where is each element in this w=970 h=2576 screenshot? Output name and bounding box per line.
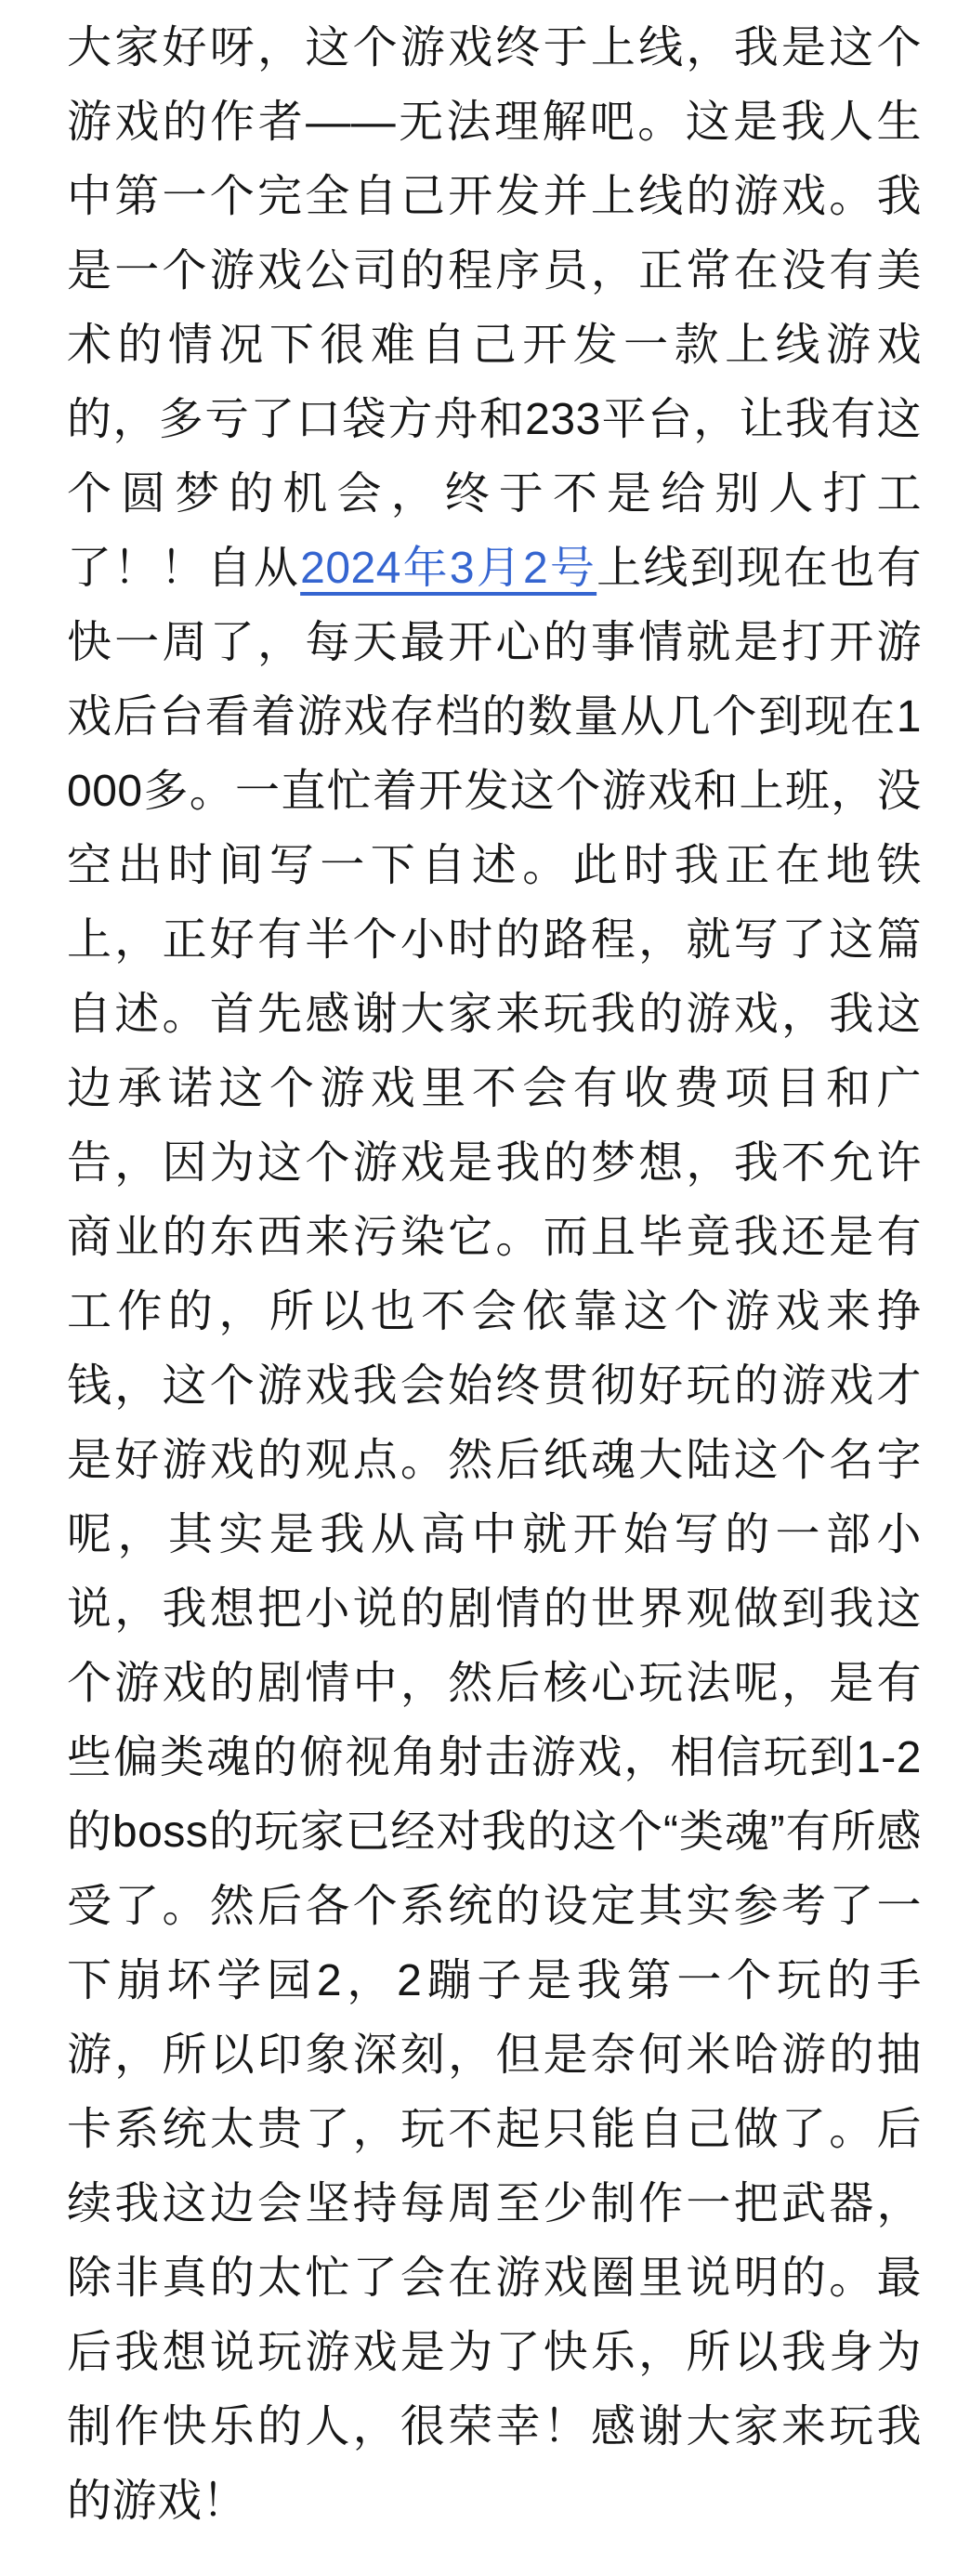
article-text: 大家好呀，这个游戏终于上线，我是这个游戏的作者——无法理解吧。这是我人生中第一个… — [0, 0, 970, 2576]
paragraph-segment-after-link: 上线到现在也有快一周了，每天最开心的事情就是打开游戏后台看着游戏存档的数量从几个… — [67, 544, 922, 2526]
release-date-link[interactable]: 2024年3月2号 — [300, 544, 596, 593]
paragraph-segment-before-link: 大家好呀，这个游戏终于上线，我是这个游戏的作者——无法理解吧。这是我人生中第一个… — [67, 23, 922, 593]
